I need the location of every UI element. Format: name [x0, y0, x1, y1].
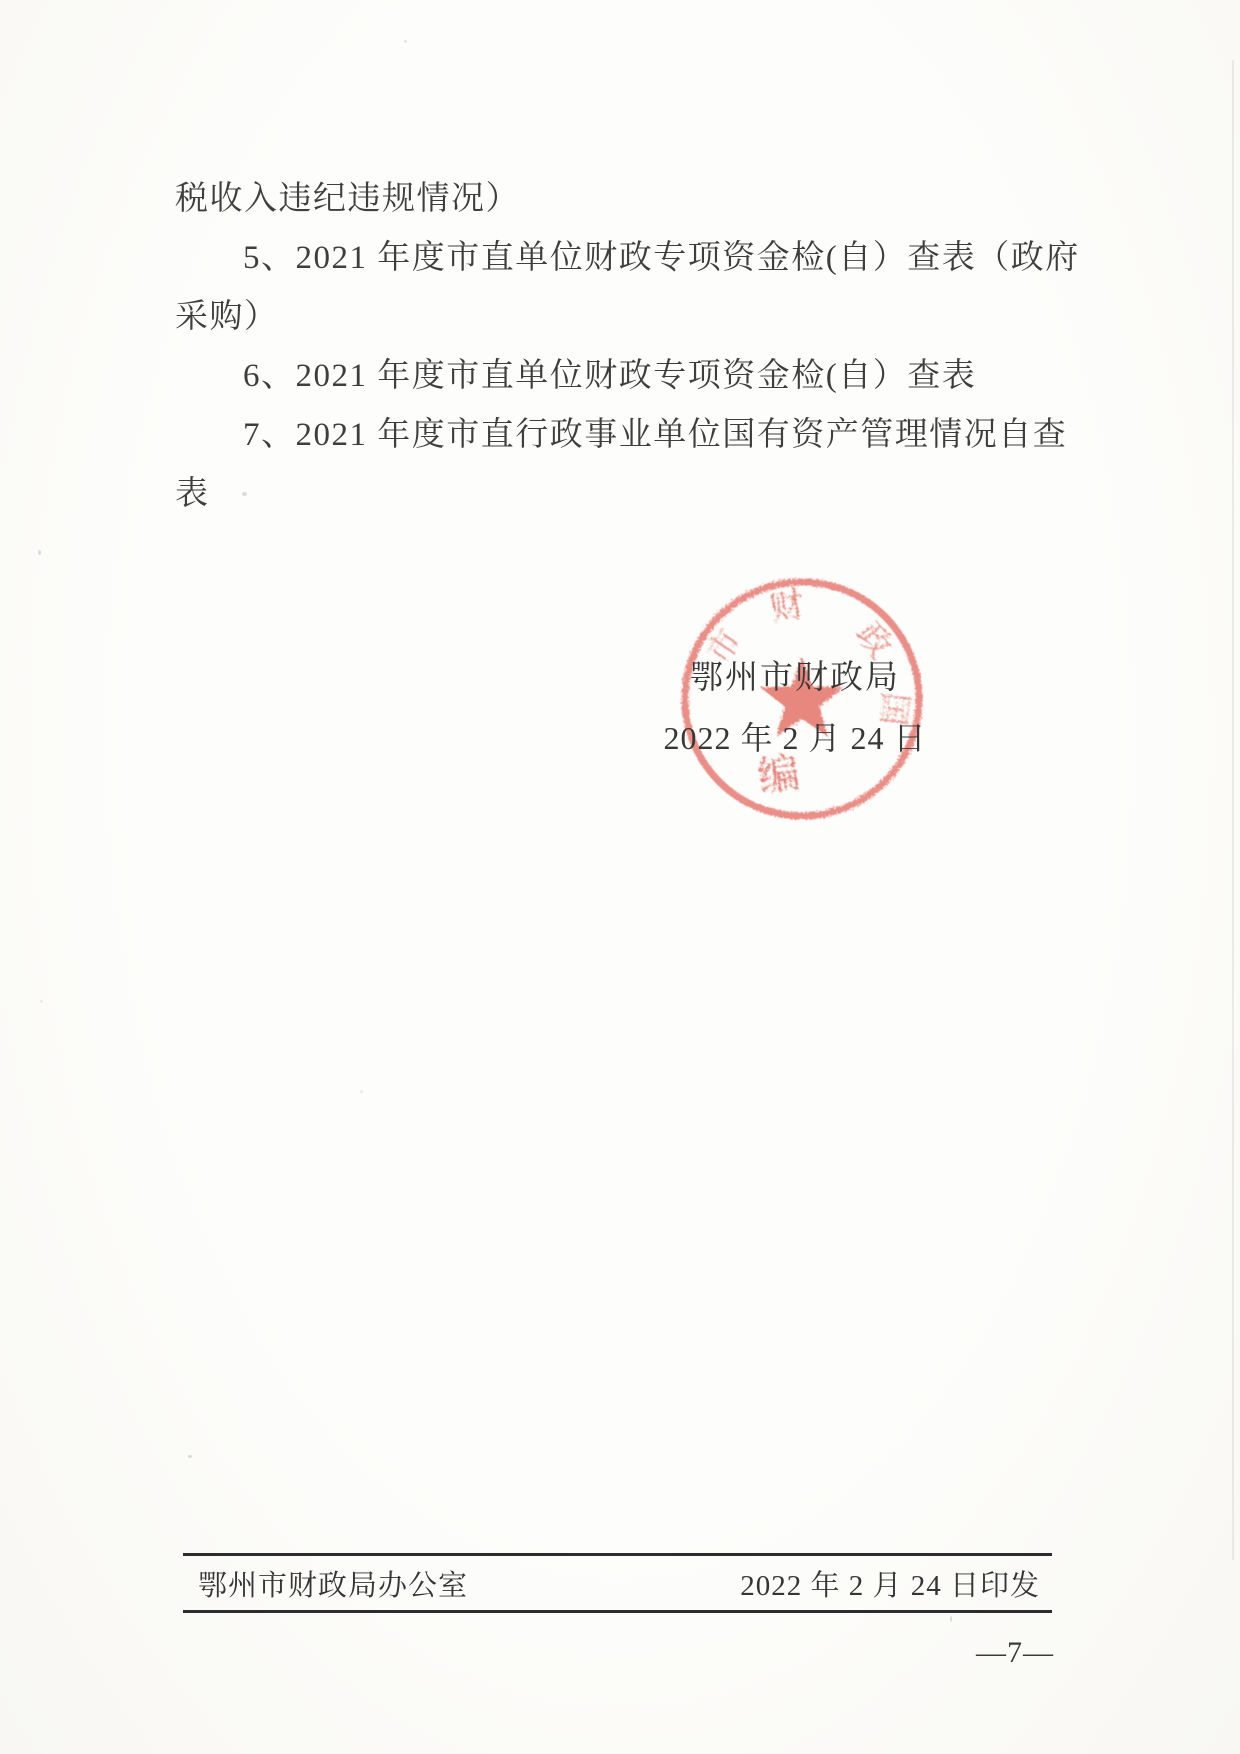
body-line: 6、2021 年度市直单位财政专项资金检(自）查表	[175, 347, 1050, 406]
footer-issuer: 鄂州市财政局办公室	[198, 1563, 468, 1604]
body-line: 7、2021 年度市直行政事业单位国有资产管理情况自查	[175, 406, 1050, 465]
footer-rule-bottom	[183, 1610, 1052, 1613]
footer-rule-top	[183, 1553, 1052, 1556]
body-line: 表	[175, 465, 1050, 524]
body-text-block: 税收入违纪违规情况） 5、2021 年度市直单位财政专项资金检(自）查表（政府 …	[175, 170, 1050, 524]
scan-artifact-line	[1232, 60, 1234, 1560]
scan-speck	[242, 492, 247, 496]
document-page: 税收入违纪违规情况） 5、2021 年度市直单位财政专项资金检(自）查表（政府 …	[0, 0, 1240, 1754]
footer-print-date: 2022 年 2 月 24 日印发	[740, 1563, 1040, 1604]
footer: 鄂州市财政局办公室 2022 年 2 月 24 日印发	[183, 1560, 1052, 1606]
page-number: —7—	[976, 1634, 1054, 1672]
signature-block: 鄂州市财政局 2022 年 2 月 24 日	[663, 648, 926, 768]
body-line: 采购）	[175, 288, 1050, 347]
scan-speck	[38, 550, 41, 555]
signature-org: 鄂州市财政局	[663, 648, 926, 708]
signature-date: 2022 年 2 月 24 日	[663, 708, 926, 768]
scan-speck	[40, 1000, 43, 1003]
body-line: 税收入违纪违规情况）	[175, 170, 1050, 229]
scan-speck	[188, 1455, 192, 1458]
scan-speck	[404, 40, 407, 43]
seal-arc-char: 财	[767, 585, 807, 628]
scan-speck	[950, 1616, 952, 1622]
body-line: 5、2021 年度市直单位财政专项资金检(自）查表（政府	[175, 229, 1050, 288]
scan-speck	[360, 1090, 363, 1093]
